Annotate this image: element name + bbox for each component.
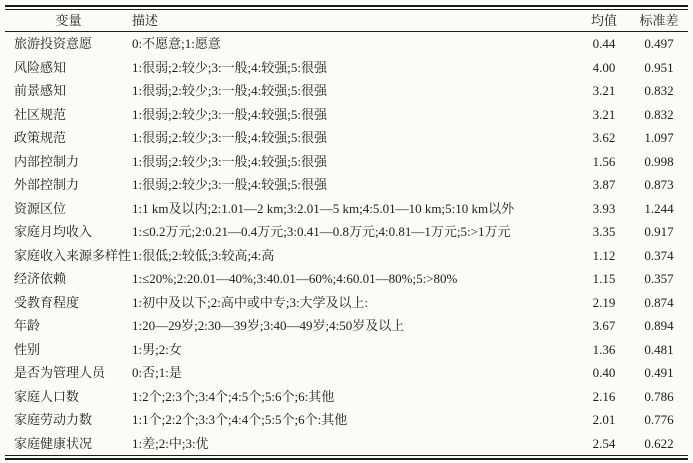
description-cell: 0:不愿意;1:愿意 (132, 32, 578, 56)
mean-cell: 1.56 (578, 150, 630, 174)
mean-cell: 3.35 (578, 220, 630, 244)
description-cell: 1:很弱;2:较少;3:一般;4:较强;5:很强 (132, 150, 578, 174)
header-variable: 变量 (5, 10, 132, 32)
variable-cell: 是否为管理人员 (5, 361, 132, 385)
sd-cell: 0.357 (630, 267, 688, 291)
variable-cell: 经济依赖 (5, 267, 132, 291)
sd-cell: 0.491 (630, 361, 688, 385)
table-row: 性别 1:男;2:女 1.36 0.481 (5, 338, 688, 362)
header-mean: 均值 (578, 10, 630, 32)
description-cell: 1:很弱;2:较少;3:一般;4:较强;5:很强 (132, 103, 578, 127)
table-row: 家庭收入来源多样性 1:很低;2:较低;3:较高;4:高 1.12 0.374 (5, 244, 688, 268)
sd-cell: 0.998 (630, 150, 688, 174)
sd-cell: 0.374 (630, 244, 688, 268)
variable-cell: 旅游投资意愿 (5, 32, 132, 56)
sd-cell: 0.786 (630, 385, 688, 409)
sd-cell: 0.894 (630, 314, 688, 338)
mean-cell: 2.54 (578, 432, 630, 456)
sd-cell: 0.776 (630, 408, 688, 432)
table-header: 变量 描述 均值 标准差 (5, 10, 688, 32)
sd-cell: 1.244 (630, 197, 688, 221)
variable-cell: 家庭人口数 (5, 385, 132, 409)
table-row: 资源区位 1:1 km及以内;2:1.01—2 km;3:2.01—5 km;4… (5, 197, 688, 221)
mean-cell: 3.21 (578, 103, 630, 127)
variable-cell: 家庭月均收入 (5, 220, 132, 244)
mean-cell: 3.67 (578, 314, 630, 338)
sd-cell: 0.622 (630, 432, 688, 456)
variables-statistics-table-inner: 变量 描述 均值 标准差 旅游投资意愿 0:不愿意;1:愿意 0.44 0.49… (5, 9, 688, 456)
table-row: 风险感知 1:很弱;2:较少;3:一般;4:较强;5:很强 4.00 0.951 (5, 56, 688, 80)
mean-cell: 2.19 (578, 291, 630, 315)
variable-cell: 家庭收入来源多样性 (5, 244, 132, 268)
description-cell: 1:20—29岁;2:30—39岁;3:40—49岁;4:50岁及以上 (132, 314, 578, 338)
description-cell: 1:≤20%;2:20.01—40%;3:40.01—60%;4:60.01—8… (132, 267, 578, 291)
table-body: 旅游投资意愿 0:不愿意;1:愿意 0.44 0.497 风险感知 1:很弱;2… (5, 32, 688, 456)
description-cell: 1:很低;2:较低;3:较高;4:高 (132, 244, 578, 268)
table-row: 家庭劳动力数 1:1个;2:2个;3:3个;4:4个;5:5个;6个:其他 2.… (5, 408, 688, 432)
table-row: 受教育程度 1:初中及以下;2:高中或中专;3:大学及以上: 2.19 0.87… (5, 291, 688, 315)
mean-cell: 3.62 (578, 126, 630, 150)
table-row: 家庭健康状况 1:差;2:中;3:优 2.54 0.622 (5, 432, 688, 456)
table-row: 是否为管理人员 0:否;1:是 0.40 0.491 (5, 361, 688, 385)
table-row: 旅游投资意愿 0:不愿意;1:愿意 0.44 0.497 (5, 32, 688, 56)
table-row: 社区规范 1:很弱;2:较少;3:一般;4:较强;5:很强 3.21 0.832 (5, 103, 688, 127)
table-row: 经济依赖 1:≤20%;2:20.01—40%;3:40.01—60%;4:60… (5, 267, 688, 291)
sd-cell: 0.951 (630, 56, 688, 80)
mean-cell: 1.12 (578, 244, 630, 268)
variable-cell: 家庭健康状况 (5, 432, 132, 456)
sd-cell: 0.497 (630, 32, 688, 56)
mean-cell: 1.36 (578, 338, 630, 362)
variable-cell: 资源区位 (5, 197, 132, 221)
table-row: 年龄 1:20—29岁;2:30—39岁;3:40—49岁;4:50岁及以上 3… (5, 314, 688, 338)
mean-cell: 0.44 (578, 32, 630, 56)
sd-cell: 0.873 (630, 173, 688, 197)
sd-cell: 0.832 (630, 79, 688, 103)
description-cell: 1:1 km及以内;2:1.01—2 km;3:2.01—5 km;4:5.01… (132, 197, 578, 221)
variables-statistics-table-wrap: 变量 描述 均值 标准差 旅游投资意愿 0:不愿意;1:愿意 0.44 0.49… (5, 5, 688, 460)
sd-cell: 0.874 (630, 291, 688, 315)
mean-cell: 3.93 (578, 197, 630, 221)
variable-cell: 内部控制力 (5, 150, 132, 174)
description-cell: 1:≤0.2万元;2:0.21—0.4万元;3:0.41—0.8万元;4:0.8… (132, 220, 578, 244)
header-sd: 标准差 (630, 10, 688, 32)
table-row: 前景感知 1:很弱;2:较少;3:一般;4:较强;5:很强 3.21 0.832 (5, 79, 688, 103)
variable-cell: 家庭劳动力数 (5, 408, 132, 432)
header-description: 描述 (132, 10, 578, 32)
variable-cell: 政策规范 (5, 126, 132, 150)
sd-cell: 0.481 (630, 338, 688, 362)
mean-cell: 3.87 (578, 173, 630, 197)
table-row: 内部控制力 1:很弱;2:较少;3:一般;4:较强;5:很强 1.56 0.99… (5, 150, 688, 174)
variable-cell: 社区规范 (5, 103, 132, 127)
description-cell: 0:否;1:是 (132, 361, 578, 385)
description-cell: 1:很弱;2:较少;3:一般;4:较强;5:很强 (132, 79, 578, 103)
table-row: 家庭月均收入 1:≤0.2万元;2:0.21—0.4万元;3:0.41—0.8万… (5, 220, 688, 244)
variable-cell: 年龄 (5, 314, 132, 338)
variables-statistics-table: 变量 描述 均值 标准差 旅游投资意愿 0:不愿意;1:愿意 0.44 0.49… (5, 10, 688, 455)
table-row: 外部控制力 1:很弱;2:较少;3:一般;4:较强;5:很强 3.87 0.87… (5, 173, 688, 197)
variable-cell: 受教育程度 (5, 291, 132, 315)
mean-cell: 2.16 (578, 385, 630, 409)
table-row: 政策规范 1:很弱;2:较少;3:一般;4:较强;5:很强 3.62 1.097 (5, 126, 688, 150)
variable-cell: 前景感知 (5, 79, 132, 103)
description-cell: 1:初中及以下;2:高中或中专;3:大学及以上: (132, 291, 578, 315)
sd-cell: 0.832 (630, 103, 688, 127)
description-cell: 1:很弱;2:较少;3:一般;4:较强;5:很强 (132, 126, 578, 150)
variable-cell: 外部控制力 (5, 173, 132, 197)
variable-cell: 性别 (5, 338, 132, 362)
sd-cell: 1.097 (630, 126, 688, 150)
mean-cell: 0.40 (578, 361, 630, 385)
sd-cell: 0.917 (630, 220, 688, 244)
header-row: 变量 描述 均值 标准差 (5, 10, 688, 32)
mean-cell: 4.00 (578, 56, 630, 80)
description-cell: 1:很弱;2:较少;3:一般;4:较强;5:很强 (132, 173, 578, 197)
description-cell: 1:男;2:女 (132, 338, 578, 362)
mean-cell: 3.21 (578, 79, 630, 103)
description-cell: 1:差;2:中;3:优 (132, 432, 578, 456)
description-cell: 1:2个;2:3个;3:4个;4:5个;5:6个;6:其他 (132, 385, 578, 409)
description-cell: 1:很弱;2:较少;3:一般;4:较强;5:很强 (132, 56, 578, 80)
mean-cell: 2.01 (578, 408, 630, 432)
variable-cell: 风险感知 (5, 56, 132, 80)
mean-cell: 1.15 (578, 267, 630, 291)
table-row: 家庭人口数 1:2个;2:3个;3:4个;4:5个;5:6个;6:其他 2.16… (5, 385, 688, 409)
description-cell: 1:1个;2:2个;3:3个;4:4个;5:5个;6个:其他 (132, 408, 578, 432)
